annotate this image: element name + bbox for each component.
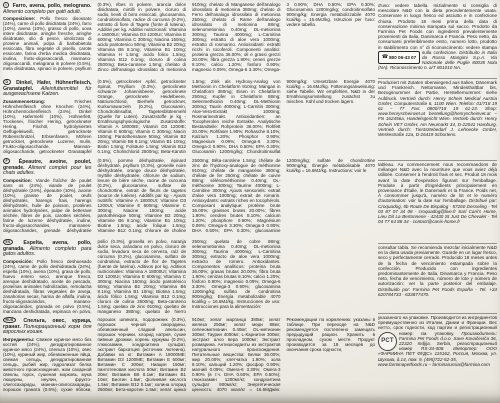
section-header-italian: I Farro, avena, pollo, melograno. Alimen… [3,2,92,15]
usage-storage-french: tableau. Au commencement nous recommando… [378,162,497,203]
language-badge-spanish: ES [3,239,13,245]
storage-distributor-column: d'uso: vedere tabella. Inizialmente si c… [378,2,497,400]
info-block-spanish: consultar tabla. Se recomienda mezclar i… [378,244,497,314]
info-block-russian: указанного на упаковке. Производится из … [378,314,497,403]
phone-icon: ☎ [382,55,388,60]
tollfree-number: 800 06-43 07 [389,55,416,60]
section-header-german: D Dinkel, Hafer, Hühnerfleisch, Granatap… [3,79,92,98]
manufacturer-importer-russian: Производитель: Farmina Pet Foods d.o.o. … [378,331,497,362]
language-section-spanish: ES Espelta, avena, pollo, granada. Alime… [3,239,375,314]
pct-certification-icon: РСТ [378,332,397,351]
language-section-italian: I Farro, avena, pollo, melograno. Alimen… [3,2,375,76]
info-block-italian: d'uso: vedere tabella. Inizialmente si c… [378,2,497,79]
language-section-french: F Épeautre, avoine, poulet, grenade. Ali… [3,158,375,236]
section-header-russian: RUS Спельта, овес, курица, гранат. Полно… [3,317,92,336]
ingredient-columns: I Farro, avena, pollo, melograno. Alimen… [3,2,375,400]
usage-storage-italian: d'uso: vedere tabella. Inizialmente si c… [378,3,497,55]
distributor-spanish: Distribuido por: Farmina Pet Foods Españ… [378,287,497,297]
pet-food-label: I Farro, avena, pollo, melograno. Alimen… [0,0,500,403]
language-section-german: D Dinkel, Hafer, Hühnerfleisch, Granatap… [3,79,375,155]
info-block-french: tableau. Au commencement nous recommando… [378,161,497,244]
language-badge-german: D [3,79,11,85]
section-header-french: F Épeautre, avoine, poulet, grenade. Ali… [3,158,92,177]
website-email-russian: www.farminapetfoods.ru – farminarussia@f… [378,362,497,367]
product-subtitle-italian: Alimento completo per gatti adulti. [3,9,81,15]
language-section-russian: RUS Спельта, овес, курица, гранат. Полно… [3,317,375,393]
section-header-spanish: ES Espelta, avena, pollo, granada. Alime… [3,239,92,258]
language-badge-french: F [3,158,10,164]
tollfree-phone-box: ☎ 800 06-43 07 [378,51,420,64]
language-badge-russian: RUS [3,317,16,323]
language-badge-italian: I [3,2,9,8]
distributor-german: Vertrieb durch: Henry Schein Medical Aus… [378,96,497,137]
info-block-german: Produziert mit Zutaten überwiegend aus I… [378,79,497,161]
usage-storage-spanish: consultar tabla. Se recomienda mezclar i… [378,245,497,286]
